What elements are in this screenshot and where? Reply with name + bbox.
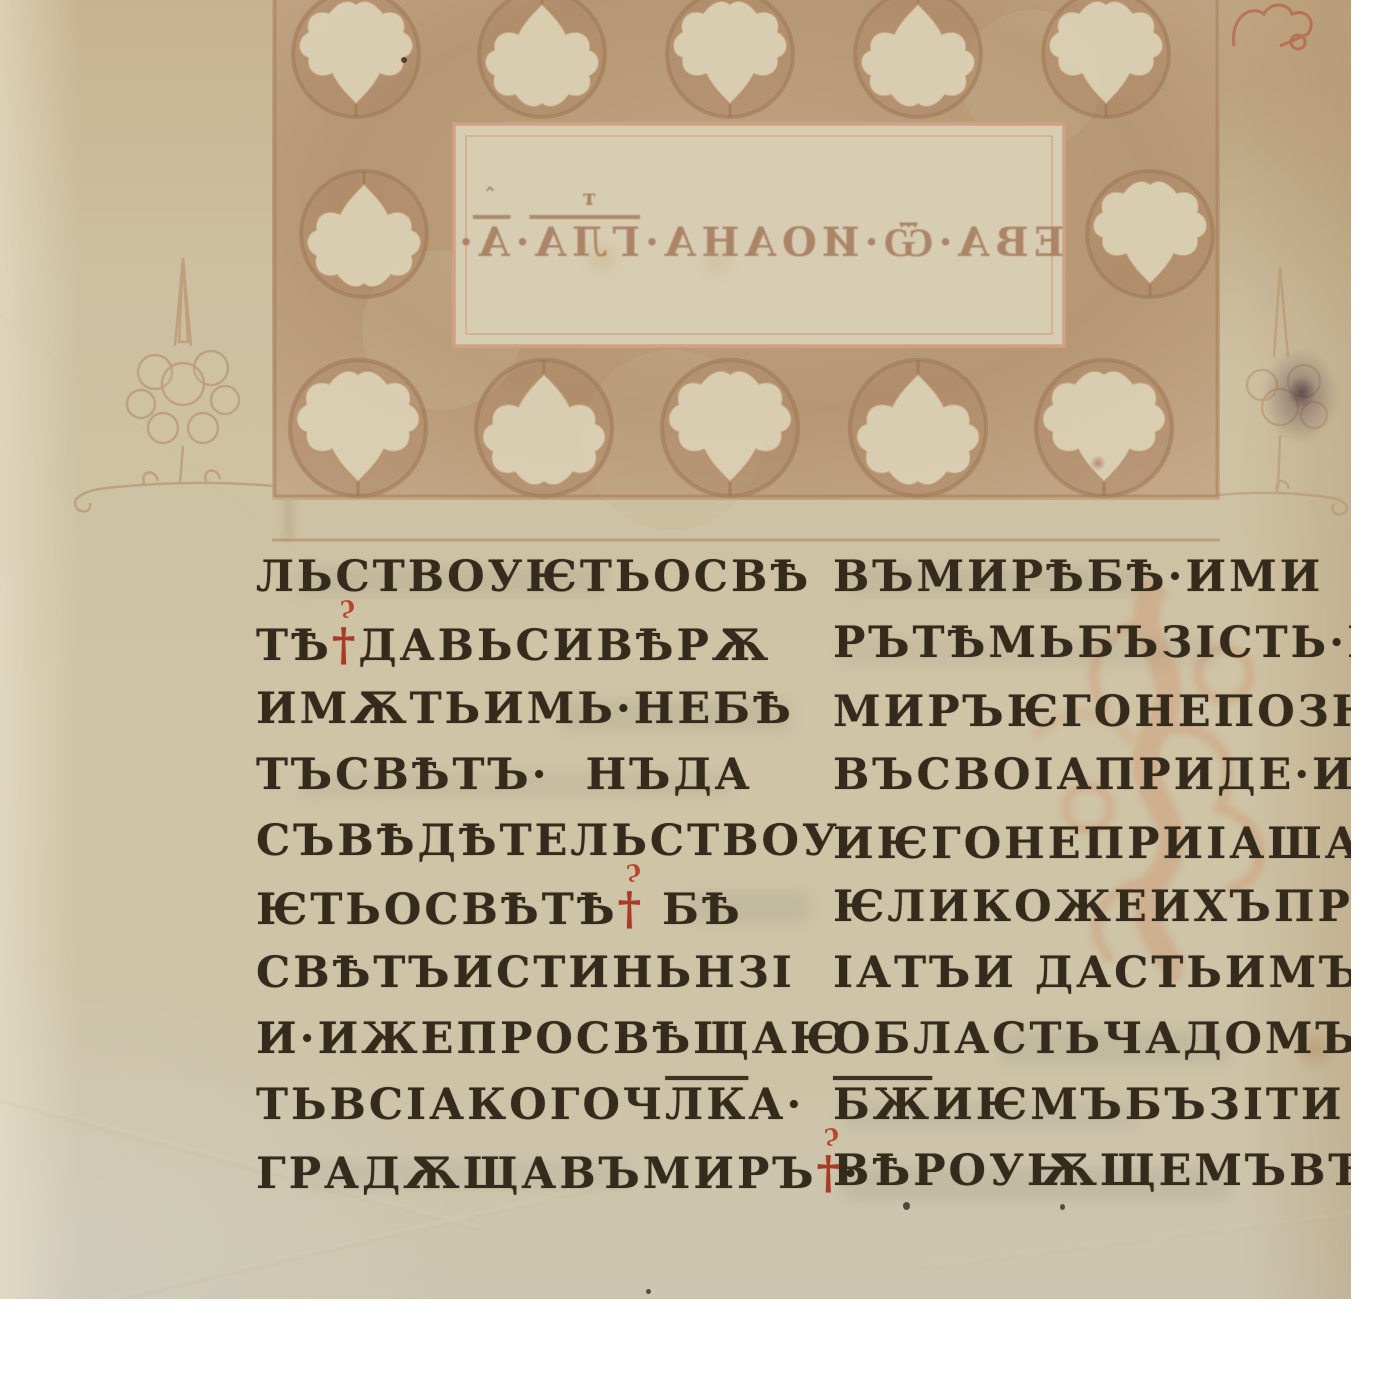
text-line-right-4: ВЪСВОІАПРИДЕ·ИСВО	[833, 754, 1351, 797]
text-line-right-6: ѤЛИКОЖЕИХЪПРИ	[833, 886, 1351, 929]
text-run: ИѤГОНЕПРИІАША	[833, 819, 1351, 869]
title-superscript-mark: ˆ	[484, 185, 495, 211]
text-line-right-2: РЪТѢМЬБЪЗІСТЬ·И	[833, 622, 1351, 665]
parchment-page: ЕВА·Ѿ·ИОАНА·ГЛАт·Аˆ·	[0, 0, 1351, 1299]
text-line-left-6: ѤТЬОСВѢТѢ†ς БѢ	[256, 886, 743, 932]
text-line-right-8: ОБЛАСТЬЧАДОМЪ	[833, 1018, 1351, 1061]
left-margin-tree-ornament	[55, 250, 285, 550]
text-run: ВѢРОУѬЩЕМЪВЪ	[833, 1146, 1351, 1196]
rubric-cross: †ς	[618, 882, 645, 935]
text-run: БѢ	[644, 885, 743, 935]
text-run: ѤТЬОСВѢТѢ	[256, 885, 618, 935]
text-column-right: ВЪМИРѢБѢ·ИМИРЪТѢМЬБЪЗІСТЬ·ИМИРЪѤГОНЕПОЗН…	[833, 556, 1351, 1256]
text-run: И·ИЖЕПРОСВѢЩАѤ	[256, 1014, 844, 1064]
text-run: ВЪСВОІАПРИДЕ·ИСВО	[833, 750, 1351, 800]
text-run: ІАТЪИ ДАСТЬИМЪ	[833, 948, 1351, 998]
title-segment: ·	[454, 219, 473, 266]
text-line-right-5: ИѤГОНЕПРИІАША†ς	[833, 820, 1351, 866]
text-line-left-8: И·ИЖЕПРОСВѢЩАѤ	[256, 1018, 844, 1061]
scan-background: ЕВА·Ѿ·ИОАНА·ГЛАт·Аˆ·	[0, 0, 1376, 1376]
text-line-right-3: МИРЪѤГОНЕПОЗНА†ς·	[833, 688, 1351, 734]
text-line-left-2: ТѢ†ςДАВЬСИВѢРѪ	[256, 622, 771, 668]
text-line-left-5: СЪВѢДѢТЕЛЬСТВОУ	[256, 820, 840, 863]
text-run: РЪТѢМЬБЪЗІСТЬ·И	[833, 618, 1351, 668]
title-superscript-mark: т	[582, 185, 596, 211]
stain	[698, 244, 738, 282]
ink-speck	[401, 57, 407, 63]
title-segment: Аˆ	[473, 219, 511, 266]
text-line-right-7: ІАТЪИ ДАСТЬИМЪ	[833, 952, 1351, 995]
text-line-right-1: ВЪМИРѢБѢ·ИМИ	[833, 556, 1323, 599]
stain	[580, 238, 624, 278]
text-line-left-9: ТЬВСІАКОГОЧЛКА·	[256, 1084, 804, 1127]
text-run: СВѢТЪИСТИНЬНЗІ	[256, 948, 795, 998]
title-segment: ·	[859, 219, 878, 266]
text-run: ВЪМИРѢБѢ·ИМИ	[833, 552, 1323, 602]
text-run: БЖ	[833, 1080, 932, 1130]
text-run: ЛК	[665, 1080, 748, 1130]
title-segment: ИОАНА	[659, 219, 860, 266]
headpiece-title-panel: ЕВА·Ѿ·ИОАНА·ГЛАт·Аˆ·	[454, 124, 1064, 346]
title-segment: ·	[510, 219, 529, 266]
red-stain	[1090, 455, 1106, 471]
title-segment: ·	[640, 219, 659, 266]
text-run: ГРАДѪЩАВЪМИРЪ	[256, 1149, 816, 1199]
text-run: ѤЛИКОЖЕИХЪПРИ	[833, 882, 1351, 932]
text-line-right-10: ВѢРОУѬЩЕМЪВЪ	[833, 1150, 1351, 1193]
ink-speck	[646, 1289, 651, 1294]
red-ornament-fragment	[1222, 0, 1322, 54]
title-segment: Ѿ	[878, 219, 933, 266]
rubric-cross: †ς	[332, 618, 359, 671]
text-run: ИМѪТЬИМЬ·НЕБѢ	[256, 684, 794, 734]
text-line-left-7: СВѢТЪИСТИНЬНЗІ	[256, 952, 795, 995]
text-run: СЪВѢДѢТЕЛЬСТВОУ	[256, 816, 840, 866]
title-segment: ·	[933, 219, 952, 266]
text-run: ТЪСВѢТЪ· НЪДА	[256, 750, 753, 800]
text-run: ОБЛАСТЬЧАДОМЪ	[833, 1014, 1351, 1064]
rubric-curl-mark: ς	[621, 856, 642, 882]
text-run: ДАВЬСИВѢРѪ	[358, 621, 771, 671]
text-line-left-10: ГРАДѪЩАВЪМИРЪ†ς·	[256, 1150, 861, 1196]
text-line-left-3: ИМѪТЬИМЬ·НЕБѢ	[256, 688, 794, 731]
rubric-curl-mark: ς	[335, 592, 356, 618]
text-run: МИРЪѤГОНЕПОЗНА	[833, 687, 1351, 737]
text-column-left: ЛЬСТВОУѤТЬОСВѢТѢ†ςДАВЬСИВѢРѪИМѪТЬИМЬ·НЕБ…	[256, 556, 856, 1256]
title-segment: ЕВА	[952, 219, 1064, 266]
text-line-left-4: ТЪСВѢТЪ· НЪДА	[256, 754, 753, 797]
text-run: А·	[748, 1080, 804, 1130]
ink-stain	[1288, 376, 1316, 408]
text-run: ТѢ	[256, 621, 332, 671]
headpiece-title: ЕВА·Ѿ·ИОАНА·ГЛАт·Аˆ·	[454, 219, 1064, 266]
text-line-right-9: БЖИѤМЪБЪЗІТИ	[833, 1084, 1345, 1127]
text-run: ИѤМЪБЪЗІТИ	[932, 1080, 1344, 1130]
text-run: ТЬВСІАКОГОЧ	[256, 1080, 665, 1130]
